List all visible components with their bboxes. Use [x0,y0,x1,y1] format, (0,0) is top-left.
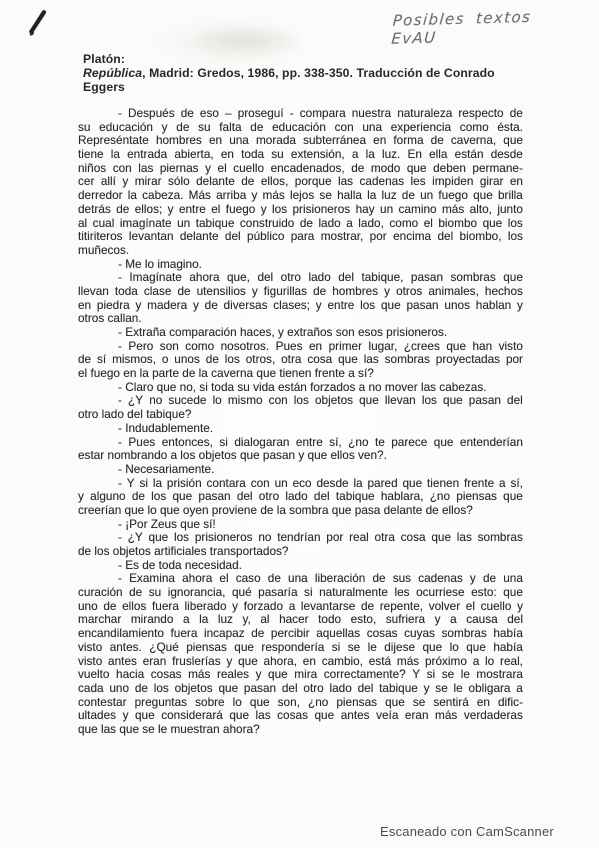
text-line: ultadesyqueconsideraráquelascosasqueante… [78,709,523,723]
text-line: -Puesentonces,sidialogaranentresí,¿notep… [78,436,523,450]
text-line: vistoantes.¿Quépiensasqueresponderíasise… [78,641,523,655]
text-line: creerían que lo que oyen proviene de la … [78,504,523,518]
scanner-credit: Escaneado con CamScanner [380,824,554,839]
scanned-page: Posibles textos EvAU Platón: República, … [0,0,599,848]
text-line: vistoanteseranfrusleríasyqueahora,encamb… [78,655,523,669]
text-line: que las que se le muestran ahora? [78,723,523,737]
text-line: llevantodaclasedeutensiliosyfigurillasde… [78,285,523,299]
text-line: contestarpreguntassobreloqueson,¿nopiens… [78,696,523,710]
text-line: -Perosoncomonosotros.Puesenprimerlugar,¿… [78,340,523,354]
text-line: el fuego en la parte de la caverna que t… [78,367,523,381]
text-line: de los objetos artificiales transportado… [78,545,523,559]
text-line: - ¡Por Zeus que sí! [78,518,523,532]
text-line: enpiedraymaderaydediversasclases;yentrel… [78,299,523,313]
citation-line-2: Eggers [83,80,523,94]
work-title: República [83,66,142,80]
text-line: sueducaciónydesufaltadeeducaciónconunaex… [78,121,523,135]
text-line: yalgunodelosquepasandelotroladodeltabiqu… [78,490,523,504]
text-line: unodeellosfueraliberadoyforzadoalevantar… [78,600,523,614]
text-line: alcualimagínateuntabiqueconstruidodelado… [78,217,523,231]
text-line: derredorlacabeza.Másarribaymáslejossehal… [78,189,523,203]
body-text: -Despuésdeeso–proseguí-comparanuestranat… [78,107,523,737]
text-line: encandilamientofueraincapazdepercibiraqu… [78,627,523,641]
text-line: detrásdeellos;yentreelfuegoylosprisioner… [78,203,523,217]
text-line: estar nombrando a los objetos que pasan … [78,449,523,463]
text-line: - Necesariamente. [78,463,523,477]
text-line: titiriteroslevantandelantedelpúblicopara… [78,230,523,244]
text-line: marcharmirandoalaluzy,alhacertodoesto,su… [78,613,523,627]
text-line: muñecos. [78,244,523,258]
text-line: - Indudablemente. [78,422,523,436]
citation-rest: , Madrid: Gredos, 1986, pp. 338-350. Tra… [142,66,495,80]
text-line: - Claro que no, si toda su vida están fo… [78,381,523,395]
text-line: - Me lo imagino. [78,258,523,272]
text-line: -¿Yquelosprisionerosnotendríanporrealotr… [78,531,523,545]
text-line: -Despuésdeeso–proseguí-comparanuestranat… [78,107,523,121]
text-line: - Es de toda necesidad. [78,559,523,573]
author-name: Platón: [83,52,523,66]
text-line: -Ysilaprisióncontaraconunecodesdelapared… [78,477,523,491]
handwritten-note: Posibles textos EvAU [391,6,584,47]
text-line: Represéntatehombresenunamoradasubterráne… [78,134,523,148]
text-line: -¿Ynosucedelomismoconlosobjetosquellevan… [78,394,523,408]
text-line: niñosconlaspiernasyelcuelloencadenados,d… [78,162,523,176]
text-line: vueltohaciacosasmásrealesyquemiracorrect… [78,668,523,682]
text-line: -Examinaahoraelcasodeunaliberacióndesusc… [78,572,523,586]
pen-mark [29,9,47,34]
text-line: - Extraña comparación haces, y extraños … [78,326,523,340]
text-line: otro lado del tabique? [78,408,523,422]
text-line: otros callan. [78,312,523,326]
text-line: desímismos,ounosdelosotros,otracosaquela… [78,353,523,367]
text-line: cerallíymirarsólodelantedeellos,porquela… [78,175,523,189]
citation-header: Platón: República, Madrid: Gredos, 1986,… [83,52,523,95]
text-line: -Imagínateahoraque,delotroladodeltabique… [78,271,523,285]
text-line: curacióndesuignorancia,quépasaríasinatur… [78,586,523,600]
text-line: tienelaentradaabierta,entodasuextensión,… [78,148,523,162]
citation-line: República, Madrid: Gredos, 1986, pp. 338… [83,66,523,80]
text-line: cadaunodelosobjetosquepasandelotroladode… [78,682,523,696]
